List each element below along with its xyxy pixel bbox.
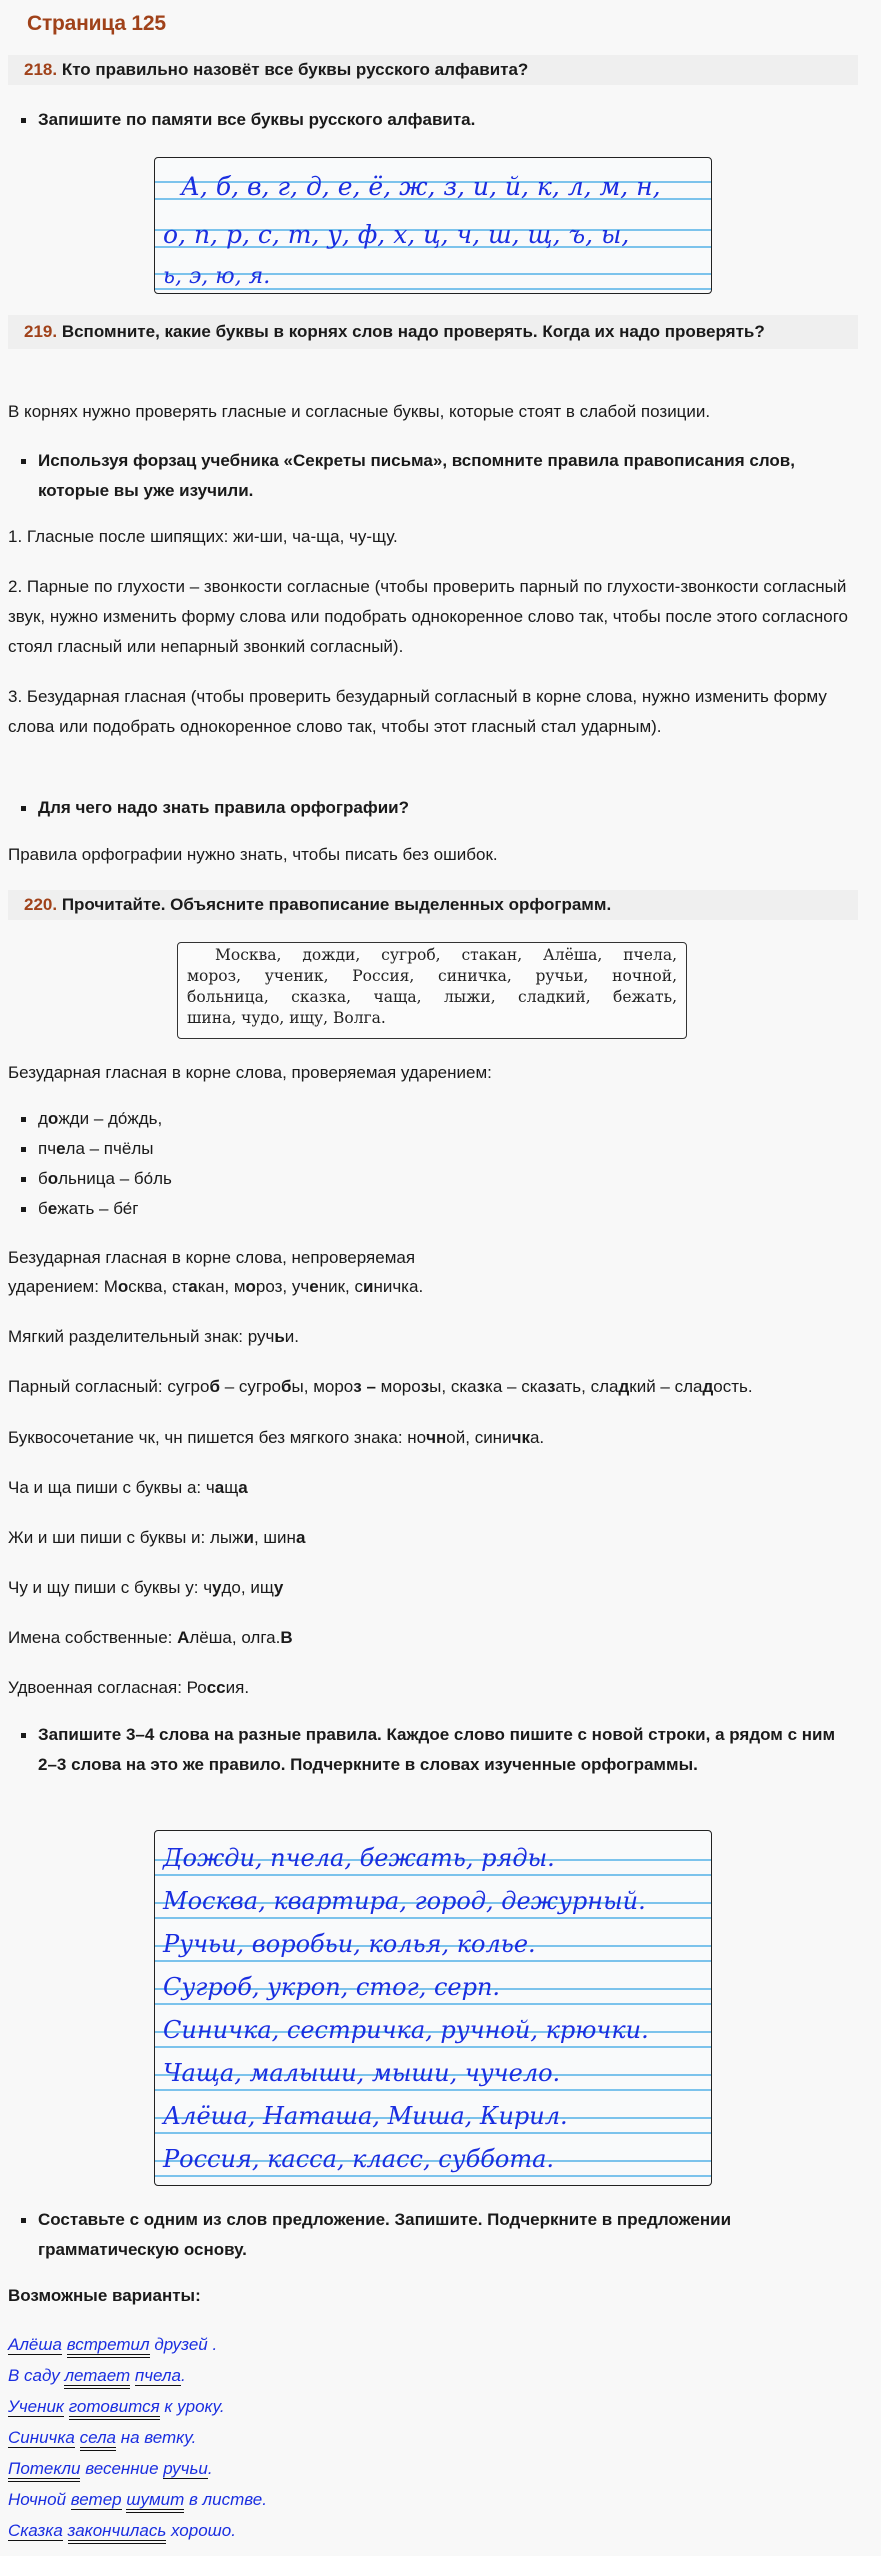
- textbook-line: шина, чудо, ищу, Волга.: [187, 1008, 677, 1029]
- predicate: готовится: [69, 2397, 160, 2420]
- subject: Сказка: [8, 2521, 63, 2541]
- answer-text: Правила орфографии нужно знать, чтобы пи…: [8, 840, 858, 870]
- rule-examples: Удвоенная согласная: Россия.: [8, 1673, 858, 1703]
- handwritten-line: Дожди, пчела, бежать, ряды.: [163, 1844, 555, 1872]
- example-sentence: Ночной ветер шумит в листве.: [8, 2485, 267, 2515]
- predicate: села: [80, 2428, 116, 2451]
- alphabet-line: ь, э, ю, я.: [163, 264, 270, 289]
- handwritten-line: Россия, касса, класс, суббота.: [163, 2145, 554, 2173]
- example-sentence: В саду летает пчела.: [8, 2361, 186, 2391]
- subject: Ученик: [8, 2397, 64, 2417]
- handwritten-line: Чаща, малыши, мыши, чучело.: [163, 2059, 560, 2087]
- example-sentence: Алёша встретил друзей .: [8, 2330, 217, 2360]
- rule-examples: Жи и ши пиши с буквы и: лыжи, шина: [8, 1523, 858, 1553]
- task-number: 220.: [24, 895, 57, 914]
- handwritten-line: Синичка, сестричка, ручной, крючки.: [163, 2016, 649, 2044]
- rule-3: 3. Безударная гласная (чтобы проверить б…: [8, 682, 858, 742]
- alphabet-line: А, б, в, г, д, е, ё, ж, з, и, й, к, л, м…: [181, 172, 661, 201]
- alphabet-notebook-image: А, б, в, г, д, е, ё, ж, з, и, й, к, л, м…: [154, 157, 712, 294]
- predicate: Потекли: [8, 2459, 80, 2482]
- task-220-question: Запишите 3–4 слова на разные правила. Ка…: [38, 1720, 838, 1780]
- task-219-question: Используя форзац учебника «Секреты письм…: [38, 446, 838, 506]
- rule-examples: Мягкий разделительный знак: ручьи.: [8, 1322, 858, 1352]
- rule-label: Безударная гласная в корне слова, провер…: [8, 1058, 858, 1088]
- textbook-line: мороз, ученик, Россия, синичка, ручьи, н…: [187, 966, 677, 987]
- list-item: пчела – пчёлы: [38, 1134, 153, 1164]
- handwritten-line: Ручьи, воробьи, колья, колье.: [163, 1930, 536, 1958]
- subject: Алёша: [8, 2335, 62, 2355]
- task-title: Вспомните, какие буквы в корнях слов над…: [62, 322, 765, 341]
- task-219-question: Для чего надо знать правила орфографии?: [38, 793, 838, 823]
- handwritten-line: Москва, квартира, город, дежурный.: [163, 1887, 646, 1915]
- task-title: Кто правильно назовёт все буквы русского…: [62, 60, 529, 79]
- rule-examples: ударением: Москва, стакан, мороз, ученик…: [8, 1272, 858, 1302]
- rule-examples: Буквосочетание чк, чн пишется без мягког…: [8, 1423, 858, 1453]
- rule-examples: Ча и ща пиши с буквы а: чаща: [8, 1473, 858, 1503]
- alphabet-line: о, п, р, с, т, у, ф, х, ц, ч, ш, щ, ъ, ы…: [163, 220, 629, 249]
- rule-label: Безударная гласная в корне слова, непров…: [8, 1243, 858, 1273]
- example-sentence: Ученик готовится к уроку.: [8, 2392, 225, 2422]
- list-item: бежать – бе́г: [38, 1194, 138, 1224]
- page-title: Страница 125: [27, 12, 166, 36]
- example-sentence: Потекли весенние ручьи.: [8, 2454, 213, 2484]
- task-220-question: Составьте с одним из слов предложение. З…: [38, 2205, 838, 2265]
- predicate: шумит: [126, 2490, 184, 2513]
- textbook-excerpt: Москва, дожди, сугроб, стакан, Алёша, пч…: [177, 942, 687, 1039]
- rule-examples: Парный согласный: сугроб – сугробы, моро…: [8, 1372, 858, 1402]
- task-219-header: 219. Вспомните, какие буквы в корнях сло…: [8, 315, 858, 349]
- rule-examples: Имена собственные: Алёша, олга.В: [8, 1623, 858, 1653]
- task-number: 219.: [24, 322, 57, 341]
- subject: ветер: [71, 2490, 122, 2510]
- task-number: 218.: [24, 60, 57, 79]
- predicate: закончилась: [68, 2521, 167, 2544]
- list-item: больница – бо́ль: [38, 1164, 172, 1194]
- variants-label: Возможные варианты:: [8, 2281, 858, 2311]
- list-item: дожди – до́ждь,: [38, 1104, 162, 1134]
- example-sentence: Сказка закончилась хорошо.: [8, 2516, 236, 2546]
- rule-examples: Чу и щу пиши с буквы у: чудо, ищу: [8, 1573, 858, 1603]
- task-218-question: Запишите по памяти все буквы русского ал…: [38, 105, 838, 135]
- predicate: летает: [64, 2366, 130, 2389]
- subject: ручьи: [163, 2459, 208, 2479]
- task-218-header: 218. Кто правильно назовёт все буквы рус…: [8, 55, 858, 85]
- textbook-line: Москва, дожди, сугроб, стакан, Алёша, пч…: [187, 945, 677, 966]
- example-sentence: Синичка села на ветку.: [8, 2423, 196, 2453]
- predicate: встретил: [67, 2335, 150, 2358]
- textbook-line: больница, сказка, чаща, лыжи, сладкий, б…: [187, 987, 677, 1008]
- subject: пчела: [135, 2366, 181, 2386]
- task-220-header: 220. Прочитайте. Объясните правописание …: [8, 890, 858, 920]
- handwritten-line: Алёша, Наташа, Миша, Кирил.: [163, 2102, 568, 2130]
- rule-1: 1. Гласные после шипящих: жи-ши, ча-ща, …: [8, 522, 858, 552]
- subject: Синичка: [8, 2428, 75, 2448]
- handwritten-line: Сугроб, укроп, стог, серп.: [163, 1973, 500, 2001]
- task-title: Прочитайте. Объясните правописание выдел…: [62, 895, 611, 914]
- handwritten-notebook-image: Дожди, пчела, бежать, ряды.Москва, кварт…: [154, 1830, 712, 2186]
- answer-text: В корнях нужно проверять гласные и согла…: [8, 397, 858, 427]
- rule-2: 2. Парные по глухости – звонкости соглас…: [8, 572, 858, 662]
